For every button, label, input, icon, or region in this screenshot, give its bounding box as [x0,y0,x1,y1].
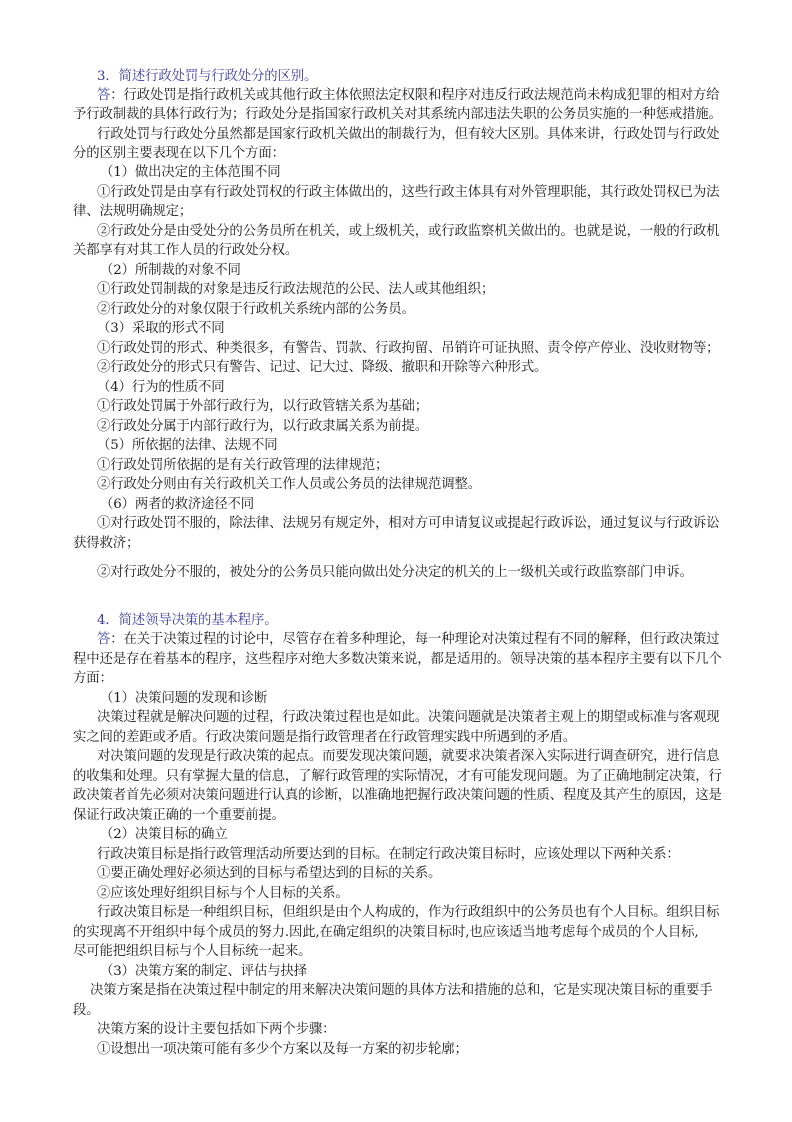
subheading: （2）所制裁的对象不同 [100,262,241,280]
subheading: （2）决策目标的确立 [100,826,228,844]
subheading: （6）两者的救济途径不同 [100,496,254,514]
text-line: 政决策者首先必须对决策问题进行认真的诊断，以准确地把握行政决策问题的性质、程度及… [73,787,722,805]
document-page: 3．简述行政处罚与行政处分的区别。 答：行政处罚是指行政机关或其他行政主体依照法… [0,0,792,1122]
text-line: 的实现离不开组织中每个成员的努力.因此,在确定组织的决策目标时,也应该适当地考虑… [73,924,699,942]
subheading: （4）行为的性质不同 [97,379,225,397]
text-line: ②对行政处分不服的，被处分的公务员只能向做出处分决定的机关的上一级机关或行政监察… [97,564,693,582]
answer-paragraph: 答：在关于决策过程的讨论中，尽管存在着多种理论，每一种理论对决策过程有不同的解释… [97,631,719,649]
subheading: （5）所依据的法律、法规不同 [97,437,278,455]
text-line: ②行政处分的形式只有警告、记过、记大过、降级、撤职和开除等六种形式。 [97,359,547,377]
text-line: ①行政处罚制裁的对象是违反行政法规范的公民、法人或其他组织； [97,281,494,299]
text-line: 决策过程就是解决问题的过程，行政决策过程也是如此。决策问题就是决策者主观上的期望… [97,709,719,727]
answer-label: 答 [97,632,110,647]
text-line: 尽可能把组织目标与个人目标统一起来。 [73,943,311,961]
text-line: 律、法规明确规定； [73,203,192,221]
subheading: （3）采取的形式不同 [97,320,225,338]
text-line: ①行政处罚所依据的是有关行政管理的法律规范； [97,457,388,475]
section-heading-3: 3．简述行政处罚与行政处分的区别。 [97,68,317,86]
text-line: ①行政处罚属于外部行政行为，以行政管辖关系为基础； [97,398,428,416]
text-line: 予行政制裁的具体行政行为；行政处分是指国家行政机关对其系统内部违法失职的公务员实… [73,106,722,124]
text-line: 获得救济； [73,535,139,553]
text-line: ①行政处罚是由享有行政处罚权的行政主体做出的，这些行政主体具有对外管理职能，其行… [97,184,719,202]
text-line: ①设想出一项决策可能有多少个方案以及每一方案的初步轮廓； [97,1041,468,1059]
text-line: ①行政处罚的形式、种类很多，有警告、罚款、行政拘留、吊销许可证执照、责令停产停业… [97,340,719,358]
text-line: 行政决策目标是指行政管理活动所要达到的目标。在制定行政决策目标时，应该处理以下两… [97,846,680,864]
text-line: 行政决策目标是一种组织目标，但组织是由个人构成的，作为行政组织中的公务员也有个人… [97,904,719,922]
text-line: ②行政处分属于内部行政行为，以行政隶属关系为前提。 [97,418,428,436]
text-line: ①要正确处理好必须达到的目标与希望达到的目标的关系。 [97,865,441,883]
text-line: 分的区别主要表现在以下几个方面： [73,145,285,163]
text-line: 对决策问题的发现是行政决策的起点。而要发现决策问题，就要求决策者深入实际进行调查… [97,748,719,766]
text-line: 实之间的差距或矛盾。行政决策问题是指行政管理者在行政管理实践中所遇到的矛盾。 [73,729,576,747]
subheading: （3）决策方案的制定、评估与抉择 [100,963,307,981]
text-line: ②行政处分则由有关行政机关工作人员或公务员的法律规范调整。 [97,476,481,494]
text-line: 保证行政决策正确的一个重要前提。 [73,807,285,825]
text-line: 程中还是存在着基本的程序，这些程序对绝大多数决策来说，都是适用的。领导决策的基本… [73,651,722,669]
answer-label: 答 [97,88,110,103]
text-line: 决策方案的设计主要包括如下两个步骤： [97,1021,335,1039]
subheading: （1）决策问题的发现和诊断 [100,690,267,708]
text-line: ②行政处分是由受处分的公务员所在机关，或上级机关，或行政监察机关做出的。也就是说… [97,223,719,241]
text-line: 决策方案是指在决策过程中制定的用来解决决策问题的具体方法和措施的总和，它是实现决… [90,982,712,1000]
text-line: 关都享有对其工作人员的行政处分权。 [73,242,298,260]
text-line: 行政处罚与行政处分虽然都是国家行政机关做出的制裁行为，但有较大区别。具体来讲，行… [97,126,719,144]
text-line: 的收集和处理。只有掌握大量的信息，了解行政管理的实际情况，才有可能发现问题。为了… [73,768,722,786]
text-line: ②行政处分的对象仅限于行政机关系统内部的公务员。 [97,301,415,319]
text-line: 方面： [73,670,113,688]
text-line: ②应该处理好组织目标与个人目标的关系。 [97,885,349,903]
subheading: （1）做出决定的主体范围不同 [100,164,281,182]
section-heading-4: 4．简述领导决策的基本程序。 [97,612,278,630]
text-line: 段。 [73,1002,99,1020]
text-line: ①对行政处罚不服的，除法律、法规另有规定外，相对方可申请复议或提起行政诉讼，通过… [97,515,719,533]
answer-paragraph: 答：行政处罚是指行政机关或其他行政主体依照法定权限和程序对违反行政法规范尚未构成… [97,87,719,105]
